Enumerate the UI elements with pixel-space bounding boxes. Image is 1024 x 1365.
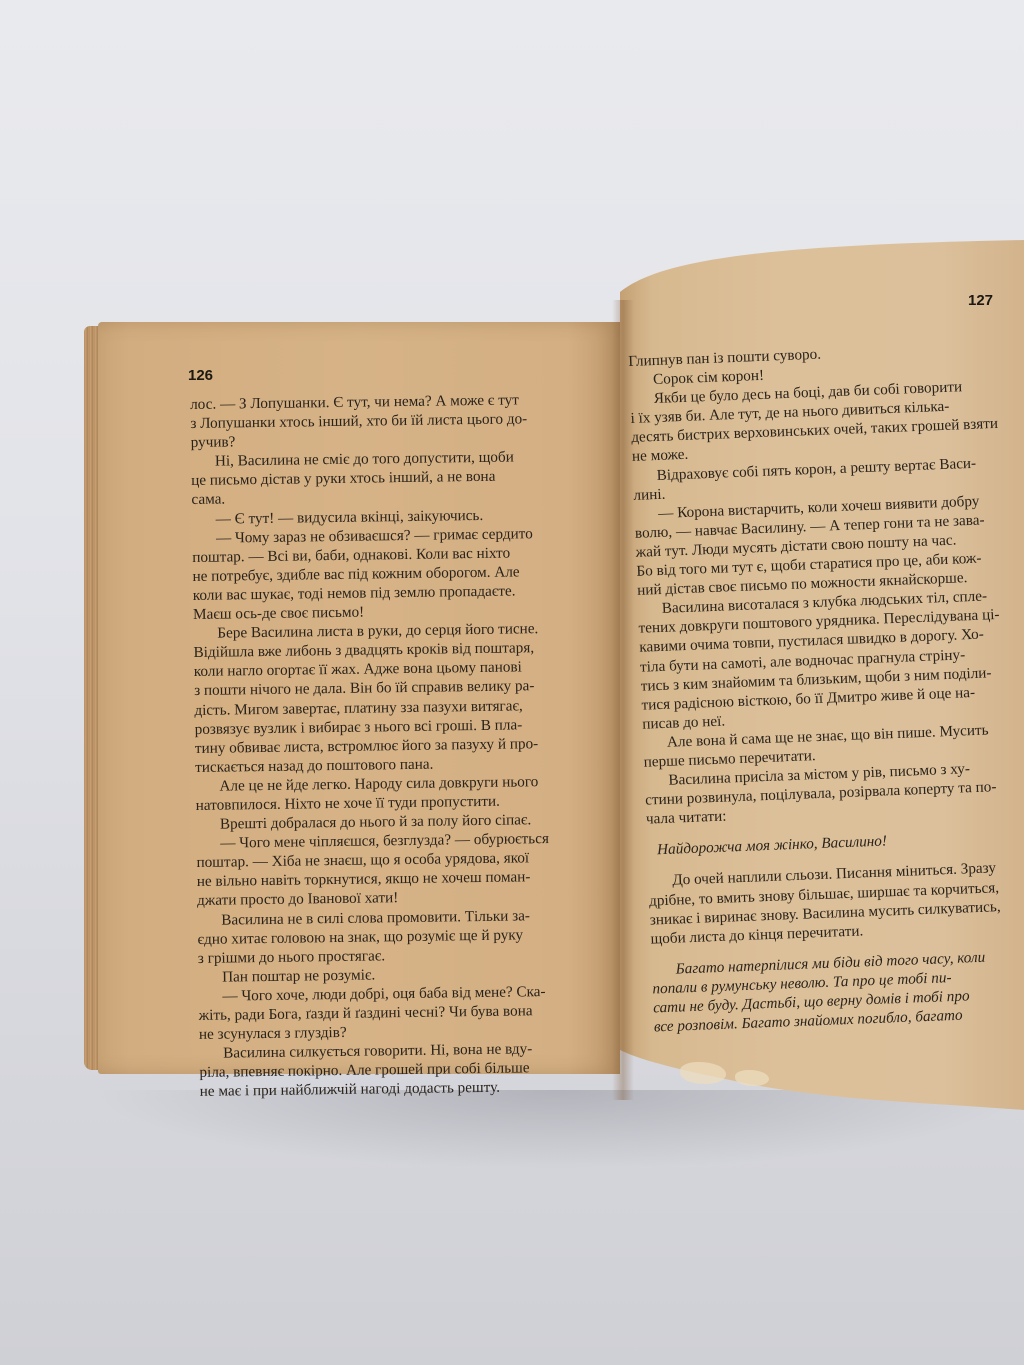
- paper-stain: [680, 1062, 726, 1084]
- page-number-right: 127: [968, 292, 993, 309]
- page-number-left: 126: [188, 367, 213, 384]
- right-page-text: Глипнув пан із пошти суворо.Сорок сім ко…: [628, 339, 990, 1037]
- left-page-text: лос. — З Лопушанки. Є тут, чи нема? А мо…: [190, 390, 582, 1102]
- paper-stain: [735, 1070, 769, 1086]
- table-shadow: [90, 1090, 1024, 1170]
